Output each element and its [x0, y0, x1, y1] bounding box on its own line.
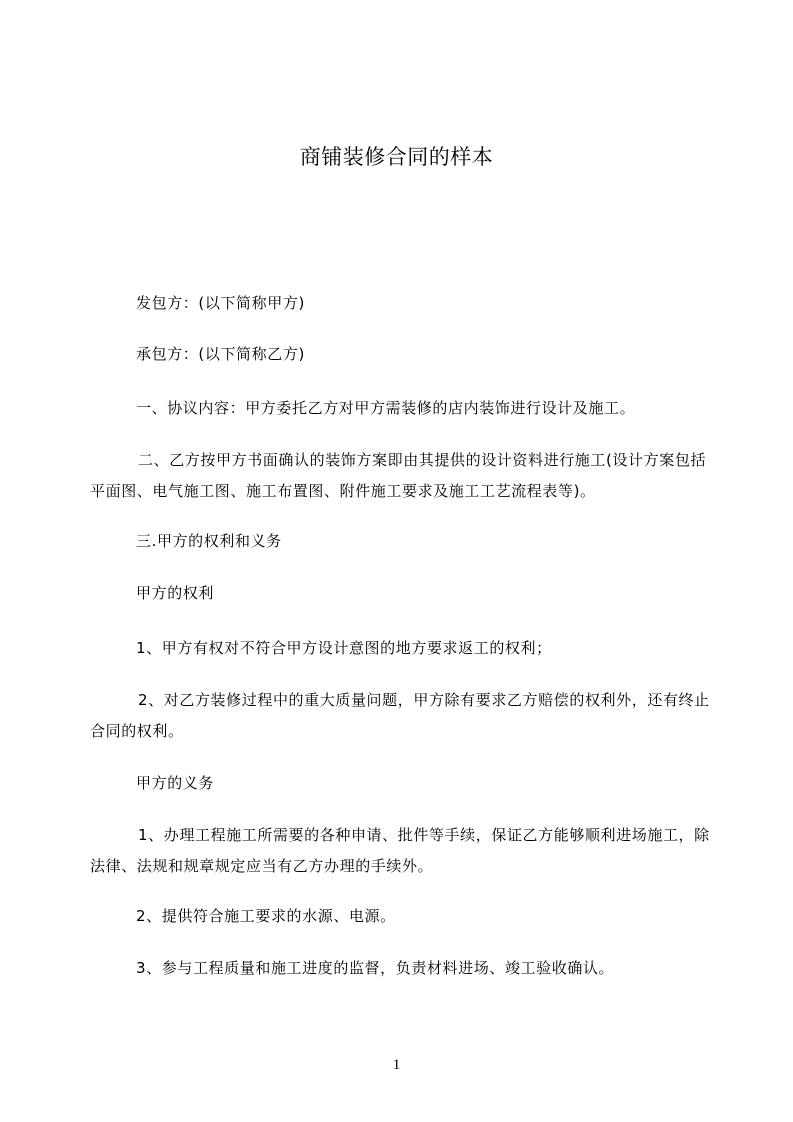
section-heading-rights-and-duties: 三.甲方的权利和义务 — [90, 526, 712, 557]
subheading-party-a-rights: 甲方的权利 — [90, 578, 712, 609]
party-a-line: 发包方：(以下简称甲方) — [90, 288, 712, 319]
clause-construction-basis: 二、乙方按甲方书面确认的装饰方案即由其提供的设计资料进行施工(设计方案包括平面图… — [90, 445, 712, 507]
right-item-2: 2、对乙方装修过程中的重大质量问题，甲方除有要求乙方赔偿的权利外，还有终止合同的… — [90, 685, 712, 747]
clause-agreement-content: 一、协议内容：甲方委托乙方对甲方需装修的店内装饰进行设计及施工。 — [90, 393, 712, 424]
right-item-1: 1、甲方有权对不符合甲方设计意图的地方要求返工的权利； — [90, 633, 712, 664]
document-title: 商铺装修合同的样本 — [0, 143, 793, 171]
document-page: 商铺装修合同的样本 发包方：(以下简称甲方) 承包方：(以下简称乙方) 一、协议… — [0, 0, 793, 1122]
duty-item-3: 3、参与工程质量和施工进度的监督，负责材料进场、竣工验收确认。 — [90, 953, 712, 984]
duty-item-2: 2、提供符合施工要求的水源、电源。 — [90, 901, 712, 932]
subheading-party-a-duties: 甲方的义务 — [90, 768, 712, 799]
party-b-line: 承包方：(以下简称乙方) — [90, 339, 712, 370]
duty-item-1: 1、办理工程施工所需要的各种申请、批件等手续，保证乙方能够顺利进场施工，除法律、… — [90, 820, 712, 882]
page-number: 1 — [0, 1055, 793, 1075]
